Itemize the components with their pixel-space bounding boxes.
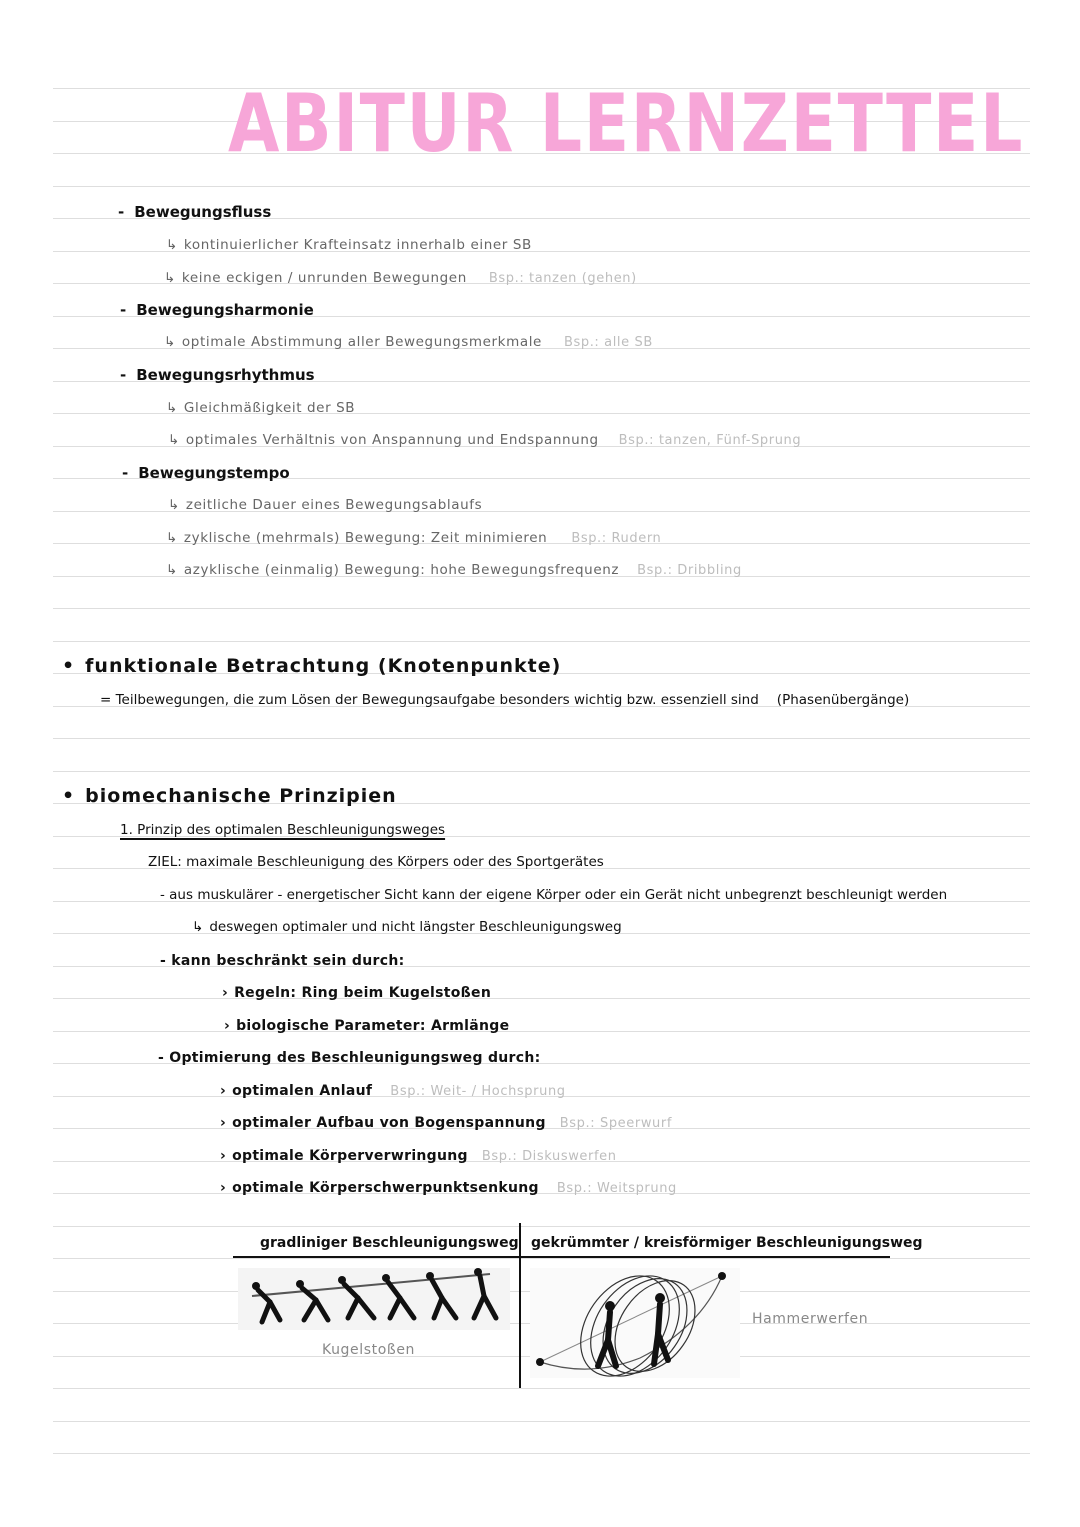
section-heading-functional: •funktionale Betrachtung (Knotenpunkte) <box>62 657 561 676</box>
optimization-item: ›optimaler Aufbau von BogenspannungBsp.:… <box>220 1116 672 1130</box>
ruled-line <box>53 1453 1030 1454</box>
arrow-icon: ↳ <box>166 564 178 578</box>
page-title: ABITUR LERNZETTEL <box>228 84 1024 164</box>
ruled-line <box>53 1421 1030 1422</box>
principle-goal: ZIEL: maximale Beschleunigung des Körper… <box>148 856 604 870</box>
arrow-icon: ↳ <box>168 499 180 513</box>
section-heading-biomech: •biomechanische Prinzipien <box>62 787 397 806</box>
ruled-line <box>53 771 1030 772</box>
ruled-line <box>53 1388 1030 1389</box>
limits-heading: - kann beschränkt sein durch: <box>160 954 405 968</box>
feature-point: ↳azyklische (einmalig) Bewegung: hohe Be… <box>166 564 742 578</box>
chevron-right-icon: › <box>224 1019 230 1033</box>
chevron-right-icon: › <box>220 1149 226 1163</box>
arrow-icon: ↳ <box>192 921 203 935</box>
principle-consequence: ↳deswegen optimaler und nicht längster B… <box>192 921 622 935</box>
feature-heading-tempo: -Bewegungstempo <box>122 466 290 481</box>
feature-point: ↳optimales Verhältnis von Anspannung und… <box>168 434 801 448</box>
optimization-heading: - Optimierung des Beschleunigungsweg dur… <box>158 1051 541 1065</box>
ruled-line <box>53 998 1030 999</box>
optimization-item: ›optimale KörperverwringungBsp.: Diskusw… <box>220 1149 617 1163</box>
chevron-right-icon: › <box>220 1181 226 1195</box>
bullet-icon: • <box>62 657 75 676</box>
limit-item: ›biologische Parameter: Armlänge <box>224 1019 509 1033</box>
chevron-right-icon: › <box>220 1116 226 1130</box>
arrow-icon: ↳ <box>166 239 178 253</box>
feature-point: ↳Gleichmäßigkeit der SB <box>166 402 355 416</box>
chevron-right-icon: › <box>220 1084 226 1098</box>
feature-heading-flow: -Bewegungsfluss <box>118 205 271 220</box>
optimization-item: ›optimalen AnlaufBsp.: Weit- / Hochsprun… <box>220 1084 566 1098</box>
feature-point: ↳keine eckigen / unrunden BewegungenBsp.… <box>164 272 637 286</box>
feature-point: ↳optimale Abstimmung aller Bewegungsmerk… <box>164 336 653 350</box>
caption-hammer-throw: Hammerwerfen <box>752 1312 868 1326</box>
table-header-divider <box>233 1256 890 1258</box>
feature-point: ↳zyklische (mehrmals) Bewegung: Zeit min… <box>166 532 661 546</box>
functional-definition: = Teilbewegungen, die zum Lösen der Bewe… <box>100 694 909 708</box>
caption-shot-put: Kugelstoßen <box>322 1343 415 1357</box>
principle-reason: - aus muskulärer - energetischer Sicht k… <box>160 889 947 903</box>
table-header-curved: gekrümmter / kreisförmiger Beschleunigun… <box>531 1236 923 1250</box>
table-column-divider <box>519 1223 521 1388</box>
bullet-icon: • <box>62 787 75 806</box>
ruled-line <box>53 1031 1030 1032</box>
feature-point: ↳kontinuierlicher Krafteinsatz innerhalb… <box>166 239 532 253</box>
feature-point: ↳zeitliche Dauer eines Bewegungsablaufs <box>168 499 482 513</box>
arrow-icon: ↳ <box>164 336 176 350</box>
ruled-line <box>53 1258 1030 1259</box>
ruled-line <box>53 1226 1030 1227</box>
ruled-line <box>53 641 1030 642</box>
principle-title: 1. Prinzip des optimalen Beschleunigungs… <box>120 824 445 838</box>
arrow-icon: ↳ <box>166 402 178 416</box>
ruled-line <box>53 738 1030 739</box>
table-header-linear: gradliniger Beschleunigungsweg <box>260 1236 519 1250</box>
arrow-icon: ↳ <box>168 434 180 448</box>
ruled-line <box>53 608 1030 609</box>
feature-heading-harmony: -Bewegungsharmonie <box>120 303 314 318</box>
chevron-right-icon: › <box>222 986 228 1000</box>
arrow-icon: ↳ <box>164 272 176 286</box>
ruled-line <box>53 186 1030 187</box>
feature-heading-rhythm: -Bewegungsrhythmus <box>120 368 315 383</box>
hammer-throw-image <box>530 1268 740 1378</box>
optimization-item: ›optimale KörperschwerpunktsenkungBsp.: … <box>220 1181 677 1195</box>
limit-item: ›Regeln: Ring beim Kugelstoßen <box>222 986 491 1000</box>
arrow-icon: ↳ <box>166 532 178 546</box>
shot-put-sequence-image <box>238 1268 510 1330</box>
